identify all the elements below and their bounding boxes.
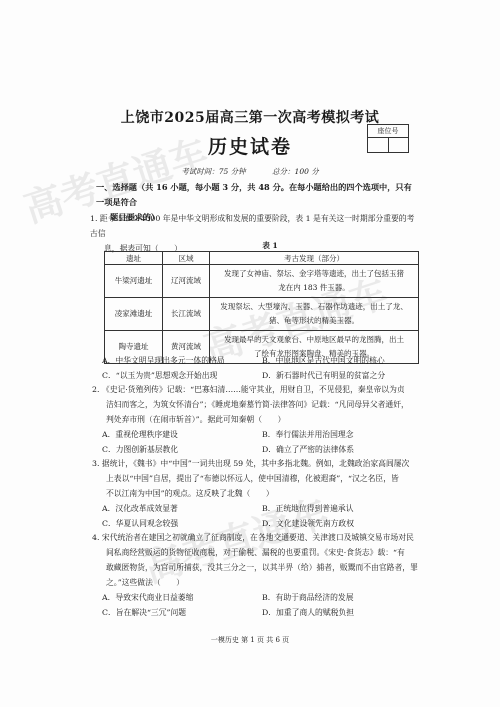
option-c[interactable]: C．旨在解决“三冗”问题 [102,605,262,620]
question-stem: 4. 宋代统治者在建国之初就确立了征商制度，在各地交通要道、关津渡口及城镇交易市… [92,530,422,545]
finding-line: 发现祭坛、大型壕沟、玉器、石器作坊遗迹，出土了龙、 [213,300,415,314]
exam-page: 高考直通车 高考直通车 高考直通车 上饶市2025届高三第一次高考模拟考试 历史… [0,0,500,707]
question-stem: 洁妇而客之，为筑女怀清台”；《睡虎地秦墓竹简·法律答问》记载：“凡同母异父者通奸… [92,397,422,412]
question-stem: 上表以“中国”自居，提出了“布德以怀远人，使中国清穆，化被遐裔”，“汉之名臣，皆 [92,471,422,486]
option-b[interactable]: B．正统地位得到普遍承认 [262,501,422,516]
table-cell-site: 凌家滩遗址 [105,298,163,331]
question-4: 4. 宋代统治者在建国之初就确立了征商制度，在各地交通要道、关津渡口及城镇交易市… [92,530,422,620]
question-stem: 之。”这些做法（ ） [92,575,422,590]
table-header: 考古发现（部分） [210,252,419,265]
option-a[interactable]: A．重视伦理秩序建设 [102,427,262,442]
table-cell-site: 牛梁河遗址 [105,265,163,298]
option-b[interactable]: B．奉行儒法并用治国理念 [262,427,422,442]
finding-line: 发现最早的天文观象台、中原地区最早的龙图腾，出土 [213,333,415,347]
finding-line: 龙在内 183 件玉器。 [213,281,415,295]
exam-title: 上饶市2025届高三第一次高考模拟考试 [0,107,500,127]
exam-info: 考试时间：75 分钟 总分：100 分 [0,166,500,177]
table-cell-region: 辽河流域 [163,265,210,298]
archaeology-table: 遗址 区域 考古发现（部分） 牛梁河遗址 辽河流域 发现了女神庙、祭坛、金字塔等… [104,251,419,364]
table-row: 凌家滩遗址 长江流域 发现祭坛、大型壕沟、玉器、石器作坊遗迹，出土了龙、 猪、龟… [105,298,419,331]
option-c[interactable]: C．“以玉为贵”思想观念开始出现 [102,368,262,383]
page-footer: 一模历史 第 1 页 共 6 页 [0,635,500,645]
option-c[interactable]: C．力图创新基层教化 [102,442,262,457]
exam-time: 考试时间：75 分钟 [181,167,245,176]
question-stem: 敢藏匿物货，为官司所捕获，没其三分之一，以其半畀（给）捕者，贩鬻而不由官路者，罪 [92,560,422,575]
table-caption: 表 1 [0,240,500,251]
table-cell-finding: 发现祭坛、大型壕沟、玉器、石器作坊遗迹，出土了龙、 猪、龟等形状的精美玉器。 [210,298,419,331]
seat-cell-2 [389,138,409,152]
option-b[interactable]: B．有助于商品经济的发展 [262,590,422,605]
question-stem: 3. 据统计，《魏书》中“中国”一词共出现 59 处，其中多指北魏。例如，北魏政… [92,456,422,471]
finding-line: 发现了女神庙、祭坛、金字塔等遗迹，出土了包括玉猪 [213,267,415,281]
question-stem: 间私商经营贩运的货物征收商税，对于偷税、漏税的也要重罚。《宋史·食货志》载：“有 [92,545,422,560]
question-stem: 1. 距今 5300-4000 年是中华文明形成和发展的重要阶段，表 1 是有关… [90,211,420,241]
total-score: 总分：100 分 [272,167,319,176]
option-a[interactable]: A．汉化改革成效显著 [102,501,262,516]
option-c[interactable]: C．华夏认同观念较强 [102,516,262,531]
question-3: 3. 据统计，《魏书》中“中国”一词共出现 59 处，其中多指北魏。例如，北魏政… [92,456,422,531]
seat-number-label: 座位号 [368,125,408,138]
table-cell-region: 长江流域 [163,298,210,331]
seat-cell-1 [368,138,389,152]
option-d[interactable]: D．加重了商人的赋税负担 [262,605,422,620]
question-stem: 2. 《史记·货殖列传》记载：“巴寡妇清……能守其业，用财自卫，不见侵犯，秦皇帝… [92,382,422,397]
table-header: 区域 [163,252,210,265]
option-d[interactable]: D．确立了严密的法律体系 [262,442,422,457]
table-row: 牛梁河遗址 辽河流域 发现了女神庙、祭坛、金字塔等遗迹，出土了包括玉猪 龙在内 … [105,265,419,298]
table-header: 遗址 [105,252,163,265]
question-1-options: A．中华文明呈现出多元一体的格局 B．中原地区是古代中国文明的核心 C．“以玉为… [92,353,422,383]
question-stem: 不以江南为中国”的观点。这反映了北魏（ ） [92,486,422,501]
table-header-row: 遗址 区域 考古发现（部分） [105,252,419,265]
finding-line: 猪、龟等形状的精美玉器。 [213,314,415,328]
subject-title: 历史试卷 [0,132,500,159]
seat-number-box: 座位号 [367,124,409,153]
question-2: 2. 《史记·货殖列传》记载：“巴寡妇清……能守其业，用财自卫，不见侵犯，秦皇帝… [92,382,422,457]
option-b[interactable]: B．中原地区是古代中国文明的核心 [262,353,422,368]
option-d[interactable]: D．新石器时代已有明显的贫富之分 [262,368,422,383]
option-d[interactable]: D．文化建设领先南方政权 [262,516,422,531]
section-heading-line: 一、选择题（共 16 小题，每小题 3 分，共 48 分。在每小题给出的四个选项… [96,180,418,210]
question-stem: 判处弃市刑（在闹市斩首）”。据此可知秦朝（ ） [92,412,422,427]
option-a[interactable]: A．中华文明呈现出多元一体的格局 [102,353,262,368]
table-cell-finding: 发现了女神庙、祭坛、金字塔等遗迹，出土了包括玉猪 龙在内 183 件玉器。 [210,265,419,298]
option-a[interactable]: A．导致宋代商业日益萎缩 [102,590,262,605]
